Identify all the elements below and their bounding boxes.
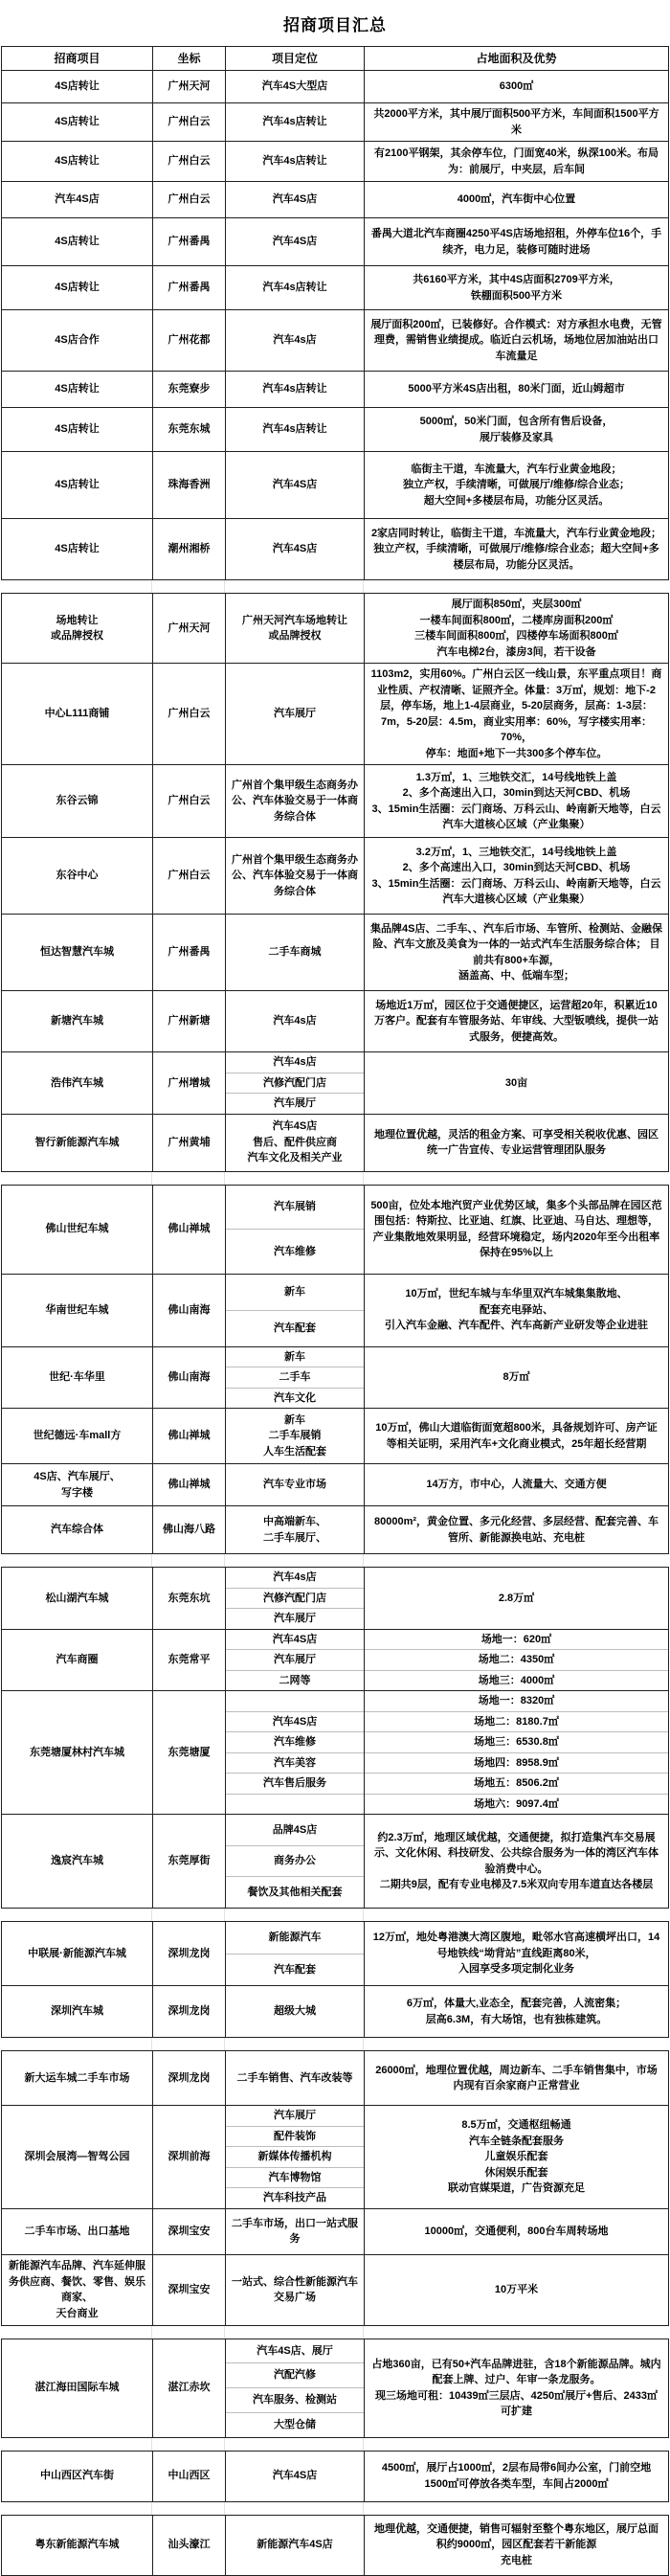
positioning-cell-subline: 汽车展厅 [226, 1609, 364, 1629]
gap-column [151, 2502, 224, 2515]
gap-column [363, 2326, 669, 2339]
table-row: 中心L111商铺广州白云汽车展厅1103m2，实用60%。广州白云区一线山景，东… [2, 663, 668, 764]
location-cell: 广州白云 [152, 142, 225, 181]
gap-column [151, 2038, 224, 2050]
advantage-cell: 30亩 [364, 1052, 668, 1114]
project-cell: 湛江海田国际车城 [2, 2339, 152, 2437]
project-cell: 浩伟汽车城 [2, 1052, 152, 1114]
location-cell: 佛山禅城 [152, 1186, 225, 1274]
positioning-cell: 汽车4s店汽修汽配门店汽车展厅 [225, 1052, 364, 1114]
project-cell: 深圳会展湾—智驾公园 [2, 2106, 152, 2208]
location-cell: 广州番禺 [152, 915, 225, 990]
positioning-cell: 汽车4S大型店 [225, 71, 364, 102]
gap-column [224, 2326, 363, 2339]
gap-column [224, 2502, 363, 2515]
gap-column [1, 1172, 151, 1185]
positioning-cell: 中高端新车、 二手车展厅、 [225, 1506, 364, 1553]
location-cell: 广州番禺 [152, 266, 225, 309]
project-cell: 华南世纪车城 [2, 1275, 152, 1346]
table-block: 湛江海田国际车城湛江赤坎汽车4S店、展厅汽配汽修汽车服务、检测站大型仓储占地36… [1, 2339, 669, 2438]
table-row: 深圳汽车城深圳龙岗超级大城6万㎡，体量大,业态全，配套完善，人流密集； 层高6.… [2, 1985, 668, 2037]
gap-column [1, 1909, 151, 1921]
location-cell: 广州白云 [152, 664, 225, 764]
advantage-cell-subline: 场地六：9097.4㎡ [365, 1795, 668, 1815]
location-cell: 佛山南海 [152, 1347, 225, 1409]
positioning-cell-subline: 汽车维修 [226, 1732, 364, 1753]
project-cell: 4S店转让 [2, 218, 152, 265]
project-cell: 新塘汽车城 [2, 991, 152, 1051]
positioning-cell-subline: 汽车服务、检测站 [226, 2388, 364, 2413]
table-row: 浩伟汽车城广州增城汽车4s店汽修汽配门店汽车展厅30亩 [2, 1051, 668, 1114]
project-cell: 中联展·新能源汽车城 [2, 1922, 152, 1985]
gap-column [363, 1909, 669, 1921]
table-row: 中联展·新能源汽车城深圳龙岗新能源汽车汽车配套12万㎡，地处粤港澳大湾区腹地，毗… [2, 1922, 668, 1985]
location-cell: 广州番禺 [152, 218, 225, 265]
project-cell: 松山湖汽车城 [2, 1568, 152, 1629]
location-cell: 东莞厚街 [152, 1815, 225, 1908]
gap-column [363, 1554, 669, 1567]
project-cell: 场地转让 或品牌授权 [2, 594, 152, 663]
block-gap [1, 1909, 669, 1921]
table-row: 新塘汽车城广州新塘汽车4s店场地近1万㎡，园区位于交通便捷区，运营超20年，积累… [2, 990, 668, 1051]
table-block: 中山西区汽车街中山西区汽车4S店4500㎡，展厅占1000㎡，2层布局带6间办公… [1, 2451, 669, 2502]
gap-column [1, 580, 151, 593]
project-cell: 汽车商圈 [2, 1630, 152, 1691]
positioning-cell-subline: 汽车博物馆 [226, 2168, 364, 2189]
table-row: 深圳会展湾—智驾公园深圳前海汽车展厅配件装饰新媒体传播机构汽车博物馆汽车科技产品… [2, 2105, 668, 2208]
positioning-cell-subline: 二手车 [226, 1367, 364, 1389]
table-row: 东莞塘厦林村汽车城东莞塘厦汽车4S店汽车维修汽车美容汽车售后服务场地一：8320… [2, 1690, 668, 1814]
location-cell: 广州天河 [152, 594, 225, 663]
advantage-cell: 10万平米 [364, 2255, 668, 2325]
table-row: 新能源汽车品牌、汽车延伸服务供应商、餐饮、零售、娱乐商家、 天台商业深圳宝安一站… [2, 2254, 668, 2325]
positioning-cell-subline: 新媒体传播机构 [226, 2147, 364, 2168]
table-row: 4S店转让东莞东城汽车4s店转让5000㎡，50米门面，包含所有售后设备， 展厅… [2, 407, 668, 451]
table-row: 粤东新能源汽车城汕头濠江新能源汽车4S店地理优越，交通便捷，销售可辐射至整个粤东… [2, 2516, 668, 2575]
advantage-cell: 8万㎡ [364, 1347, 668, 1409]
gap-column [1, 2038, 151, 2050]
header-advantage: 占地面积及优势 [364, 47, 668, 70]
project-cell: 世纪德远·车mall方 [2, 1409, 152, 1463]
advantage-cell: 展厅面积850㎡，夹层300㎡ 一楼车间面积800㎡，二楼库房面积200㎡ 三楼… [364, 594, 668, 663]
positioning-cell: 汽车展销汽车维修 [225, 1186, 364, 1274]
gap-column [224, 1554, 363, 1567]
location-cell: 广州黄埔 [152, 1115, 225, 1171]
advantage-cell: 1.3万㎡，1、三地铁交汇，14号线地铁上盖 2、多个高速出入口，30min到达… [364, 765, 668, 837]
table-row: 4S店转让东莞寮步汽车4s店转让5000平方米4S店出租，80米门面，近山姆超市 [2, 371, 668, 407]
positioning-cell: 一站式、综合性新能源汽车交易广场 [225, 2255, 364, 2325]
positioning-cell-subline [226, 1795, 364, 1815]
advantage-cell: 有2100平钢架，其余停车位，门面宽40米，纵深100米。布局为：前展厅，中夹层… [364, 142, 668, 181]
project-cell: 粤东新能源汽车城 [2, 2516, 152, 2575]
location-cell: 汕头濠江 [152, 2516, 225, 2575]
project-cell: 4S店合作 [2, 310, 152, 371]
location-cell: 深圳龙岗 [152, 2051, 225, 2105]
table-block: 新大运车城二手车市场深圳龙岗二手车销售、汽车改装等26000㎡，地理位置优越，周… [1, 2050, 669, 2326]
project-cell: 佛山世纪车城 [2, 1186, 152, 1274]
advantage-cell: 500亩，位处本地汽贸产业优势区域，集多个头部品牌在园区范围包括：特斯拉、比亚迪… [364, 1186, 668, 1274]
advantage-cell: 1103m2，实用60%。广州白云区一线山景，东平重点项目！商业性质、产权清晰、… [364, 664, 668, 764]
location-cell: 佛山禅城 [152, 1464, 225, 1505]
project-cell: 4S店转让 [2, 71, 152, 102]
advantage-cell: 26000㎡，地理位置优越，周边新车、二手车销售集中，市场内现有百余家商户正常营… [364, 2051, 668, 2105]
location-cell: 广州新塘 [152, 991, 225, 1051]
advantage-cell: 5000平方米4S店出租，80米门面，近山姆超市 [364, 372, 668, 407]
location-cell: 广州白云 [152, 765, 225, 837]
gap-column [1, 2438, 151, 2451]
positioning-cell: 汽车4S店 [225, 452, 364, 518]
gap-column [363, 2438, 669, 2451]
advantage-cell: 3.2万㎡，1、三地铁交汇，14号线地铁上盖 2、多个高速出入口，30min到达… [364, 838, 668, 914]
positioning-cell-subline: 汽车售后服务 [226, 1774, 364, 1795]
project-cell: 4S店转让 [2, 266, 152, 309]
table-row: 4S店转让广州白云汽车4s店转让有2100平钢架，其余停车位，门面宽40米，纵深… [2, 141, 668, 181]
location-cell: 东莞东城 [152, 408, 225, 451]
advantage-cell: 4000㎡，汽车街中心位置 [364, 182, 668, 217]
gap-column [363, 1172, 669, 1185]
location-cell: 深圳宝安 [152, 2209, 225, 2254]
table-row: 新大运车城二手车市场深圳龙岗二手车销售、汽车改装等26000㎡，地理位置优越，周… [2, 2051, 668, 2105]
location-cell: 广州白云 [152, 182, 225, 217]
positioning-cell: 汽车4S店汽车维修汽车美容汽车售后服务 [225, 1691, 364, 1814]
location-cell: 佛山禅城 [152, 1409, 225, 1463]
project-cell: 4S店转让 [2, 142, 152, 181]
advantage-cell: 共2000平方米，其中展厅面积500平方米，车间面积1500平方米 [364, 103, 668, 141]
positioning-cell-subline: 汽车4s店 [226, 1052, 364, 1073]
advantage-cell: 2.8万㎡ [364, 1568, 668, 1629]
gap-column [363, 2502, 669, 2515]
positioning-cell: 汽车展厅配件装饰新媒体传播机构汽车博物馆汽车科技产品 [225, 2106, 364, 2208]
positioning-cell: 汽车4s店转让 [225, 372, 364, 407]
positioning-cell-subline: 品牌4S店 [226, 1815, 364, 1846]
table-row: 汽车商圈东莞常平汽车4S店汽车展厅二网等场地一：620㎡场地二：4350㎡场地三… [2, 1629, 668, 1691]
location-cell: 东莞寮步 [152, 372, 225, 407]
positioning-cell: 广州首个集甲级生态商务办公、汽车体验交易于一体商务综合体 [225, 765, 364, 837]
table-row: 逸宸汽车城东莞厚街品牌4S店商务办公餐饮及其他相关配套约2.3万㎡，地理区域优越… [2, 1814, 668, 1908]
positioning-cell: 新车汽车配套 [225, 1275, 364, 1346]
positioning-cell: 广州首个集甲级生态商务办公、汽车体验交易于一体商务综合体 [225, 838, 364, 914]
advantage-cell: 6300㎡ [364, 71, 668, 102]
positioning-cell: 品牌4S店商务办公餐饮及其他相关配套 [225, 1815, 364, 1908]
location-cell: 东莞塘厦 [152, 1691, 225, 1814]
gap-column [151, 1909, 224, 1921]
table-row: 4S店转让广州番禺汽车4s店转让共6160平方米，其中4S店面积2709平方米，… [2, 265, 668, 309]
advantage-cell-subline: 场地二：8180.7㎡ [365, 1712, 668, 1733]
advantage-cell: 10万㎡，佛山大道临街面宽超800米，具备规划许可、房产证等相关证明，采用汽车+… [364, 1409, 668, 1463]
header-row: 招商项目坐标项目定位占地面积及优势 [2, 47, 668, 70]
positioning-cell: 汽车4s店转让 [225, 103, 364, 141]
location-cell: 佛山海八路 [152, 1506, 225, 1553]
location-cell: 佛山南海 [152, 1275, 225, 1346]
header-location: 坐标 [152, 47, 225, 70]
project-cell: 二手车市场、出口基地 [2, 2209, 152, 2254]
positioning-cell: 汽车专业市场 [225, 1464, 364, 1505]
project-cell: 恒达智慧汽车城 [2, 915, 152, 990]
positioning-cell: 汽车4S店汽车展厅二网等 [225, 1630, 364, 1691]
table-row: 世纪·车华里佛山南海新车二手车汽车文化8万㎡ [2, 1346, 668, 1409]
advantage-cell-subline: 场地三：4000㎡ [365, 1671, 668, 1691]
gap-column [224, 2038, 363, 2050]
table-row: 4S店合作广州花都汽车4s店展厅面积200㎡，已装修好。合作模式：对方承担水电费… [2, 309, 668, 371]
advantage-cell: 场地近1万㎡，园区位于交通便捷区，运营超20年，积累近10万客户。配套有车管服务… [364, 991, 668, 1051]
advantage-cell-subline: 场地二：4350㎡ [365, 1650, 668, 1671]
project-cell: 4S店转让 [2, 372, 152, 407]
positioning-cell-subline: 新车 [226, 1275, 364, 1311]
advantage-cell-subline: 场地四：8958.9㎡ [365, 1753, 668, 1774]
positioning-cell-subline: 汽车配套 [226, 1311, 364, 1346]
positioning-cell-subline: 新车 [226, 1347, 364, 1368]
positioning-cell: 新车二手车汽车文化 [225, 1347, 364, 1409]
project-table: 招商项目坐标项目定位占地面积及优势4S店转让广州天河汽车4S大型店6300㎡4S… [1, 46, 669, 2576]
positioning-cell-subline: 汽车配套 [226, 1955, 364, 1986]
gap-column [363, 2038, 669, 2050]
advantage-cell: 临街主干道，车流量大，汽车行业黄金地段； 独立产权，手续清晰，可做展厅/维修/综… [364, 452, 668, 518]
table-block: 佛山世纪车城佛山禅城汽车展销汽车维修500亩，位处本地汽贸产业优势区域，集多个头… [1, 1185, 669, 1555]
advantage-cell: 约2.3万㎡，地理区域优越，交通便捷，拟打造集汽车交易展示、文化休闲、科技研发、… [364, 1815, 668, 1908]
positioning-cell-subline: 汽配汽修 [226, 2363, 364, 2388]
gap-column [224, 2438, 363, 2451]
positioning-cell: 汽车4s店 [225, 991, 364, 1051]
project-cell: 中山西区汽车街 [2, 2452, 152, 2501]
table-row: 东谷云锦广州白云广州首个集甲级生态商务办公、汽车体验交易于一体商务综合体1.3万… [2, 764, 668, 837]
table-block: 松山湖汽车城东莞东坑汽车4s店汽修汽配门店汽车展厅2.8万㎡汽车商圈东莞常平汽车… [1, 1567, 669, 1909]
positioning-cell: 汽车4S店 [225, 2452, 364, 2501]
advantage-cell: 场地一：8320㎡场地二：8180.7㎡场地三：6530.8㎡场地四：8958.… [364, 1691, 668, 1814]
advantage-cell: 番禺大道北汽车商圈4250平4S店场地招租，外停车位16个，手续齐，电力足，装修… [364, 218, 668, 265]
advantage-cell: 6万㎡，体量大,业态全，配套完善，人流密集； 层高6.3M，有大场馆，也有独栋建… [364, 1986, 668, 2037]
location-cell: 珠海香洲 [152, 452, 225, 518]
table-row: 4S店转让珠海香洲汽车4S店临街主干道，车流量大，汽车行业黄金地段； 独立产权，… [2, 451, 668, 518]
positioning-cell-subline: 配件装饰 [226, 2127, 364, 2148]
positioning-cell-subline: 汽车展销 [226, 1186, 364, 1231]
project-cell: 汽车4S店 [2, 182, 152, 217]
positioning-cell: 二手车销售、汽车改装等 [225, 2051, 364, 2105]
gap-column [151, 1554, 224, 1567]
project-cell: 4S店、汽车展厅、 写字楼 [2, 1464, 152, 1505]
gap-column [224, 580, 363, 593]
page-title: 招商项目汇总 [1, 0, 669, 46]
gap-column [224, 1909, 363, 1921]
project-cell: 东莞塘厦林村汽车城 [2, 1691, 152, 1814]
header-positioning: 项目定位 [225, 47, 364, 70]
location-cell: 中山西区 [152, 2452, 225, 2501]
location-cell: 东莞东坑 [152, 1568, 225, 1629]
location-cell: 广州天河 [152, 71, 225, 102]
project-cell: 智行新能源汽车城 [2, 1115, 152, 1171]
positioning-cell-subline: 商务办公 [226, 1846, 364, 1878]
block-gap [1, 580, 669, 593]
advantage-cell: 集品牌4S店、二手车、、汽车后市场、车管所、检测站、金融保险、汽车文旅及美食为一… [364, 915, 668, 990]
gap-column [224, 1172, 363, 1185]
positioning-cell: 汽车展厅 [225, 664, 364, 764]
positioning-cell-subline: 汽车4S店、展厅 [226, 2339, 364, 2364]
table-block: 招商项目坐标项目定位占地面积及优势4S店转让广州天河汽车4S大型店6300㎡4S… [1, 46, 669, 580]
advantage-cell: 5000㎡，50米门面，包含所有售后设备， 展厅装修及家具 [364, 408, 668, 451]
positioning-cell: 汽车4s店汽修汽配门店汽车展厅 [225, 1568, 364, 1629]
advantage-cell: 10000㎡，交通便利，800台车周转场地 [364, 2209, 668, 2254]
project-cell: 4S店转让 [2, 103, 152, 141]
positioning-cell: 汽车4S店、展厅汽配汽修汽车服务、检测站大型仓储 [225, 2339, 364, 2437]
table-row: 湛江海田国际车城湛江赤坎汽车4S店、展厅汽配汽修汽车服务、检测站大型仓储占地36… [2, 2339, 668, 2437]
advantage-cell: 占地360亩，已有50+汽车品牌进驻，含18个新能源品牌。城内配套上牌、过户、年… [364, 2339, 668, 2437]
positioning-cell-subline [226, 1691, 364, 1712]
location-cell: 深圳龙岗 [152, 1922, 225, 1985]
advantage-cell: 80000m²，黄金位置、多元化经营、多层经营、配套完善、车管所、新能源换电站、… [364, 1506, 668, 1553]
table-row: 智行新能源汽车城广州黄埔汽车4S店 售后、配件供应商 汽车文化及相关产业地理位置… [2, 1114, 668, 1171]
positioning-cell-subline: 餐饮及其他相关配套 [226, 1877, 364, 1908]
gap-column [1, 2502, 151, 2515]
positioning-cell: 超级大城 [225, 1986, 364, 2037]
advantage-cell-subline: 场地五：8506.2㎡ [365, 1774, 668, 1795]
project-cell: 汽车综合体 [2, 1506, 152, 1553]
advantage-cell: 14万方，市中心，人流量大、交通方便 [364, 1464, 668, 1505]
gap-column [1, 1554, 151, 1567]
table-row: 华南世纪车城佛山南海新车汽车配套10万㎡，世纪车城与车华里双汽车城集集散地、 配… [2, 1274, 668, 1346]
project-cell: 新能源汽车品牌、汽车延伸服务供应商、餐饮、零售、娱乐商家、 天台商业 [2, 2255, 152, 2325]
project-cell: 新大运车城二手车市场 [2, 2051, 152, 2105]
positioning-cell: 汽车4s店转让 [225, 142, 364, 181]
project-cell: 东谷中心 [2, 838, 152, 914]
header-project: 招商项目 [2, 47, 152, 70]
advantage-cell-subline: 场地一：8320㎡ [365, 1691, 668, 1712]
location-cell: 湛江赤坎 [152, 2339, 225, 2437]
advantage-cell: 10万㎡，世纪车城与车华里双汽车城集集散地、 配套充电驿站、 引入汽车金融、汽车… [364, 1275, 668, 1346]
project-cell: 东谷云锦 [2, 765, 152, 837]
table-block: 场地转让 或品牌授权广州天河广州天河汽车场地转让 或品牌授权展厅面积850㎡，夹… [1, 593, 669, 1172]
advantage-cell: 8.5万㎡，交通枢纽畅通 汽车全链条配套服务 儿童娱乐配套 休闲娱乐配套 联动官… [364, 2106, 668, 2208]
positioning-cell: 汽车4S店 售后、配件供应商 汽车文化及相关产业 [225, 1115, 364, 1171]
table-row: 世纪德远·车mall方佛山禅城新车 二手车展销 人车生活配套10万㎡，佛山大道临… [2, 1408, 668, 1463]
table-row: 二手车市场、出口基地深圳宝安二手车市场，出口一站式服务10000㎡，交通便利，8… [2, 2208, 668, 2254]
positioning-cell-subline: 二网等 [226, 1671, 364, 1691]
gap-column [151, 2438, 224, 2451]
project-cell: 4S店转让 [2, 452, 152, 518]
block-gap [1, 2326, 669, 2339]
table-row: 中山西区汽车街中山西区汽车4S店4500㎡，展厅占1000㎡，2层布局带6间办公… [2, 2452, 668, 2501]
table-block: 中联展·新能源汽车城深圳龙岗新能源汽车汽车配套12万㎡，地处粤港澳大湾区腹地，毗… [1, 1921, 669, 2038]
project-cell: 世纪·车华里 [2, 1347, 152, 1409]
positioning-cell: 广州天河汽车场地转让 或品牌授权 [225, 594, 364, 663]
table-row: 汽车综合体佛山海八路中高端新车、 二手车展厅、80000m²，黄金位置、多元化经… [2, 1505, 668, 1553]
positioning-cell: 汽车4S店 [225, 519, 364, 579]
table-row: 场地转让 或品牌授权广州天河广州天河汽车场地转让 或品牌授权展厅面积850㎡，夹… [2, 594, 668, 663]
location-cell: 广州增城 [152, 1052, 225, 1114]
block-gap [1, 1172, 669, 1185]
positioning-cell: 汽车4s店转让 [225, 408, 364, 451]
positioning-cell-subline: 汽修汽配门店 [226, 1073, 364, 1095]
table-row: 4S店转让广州番禺汽车4S店番禺大道北汽车商圈4250平4S店场地招租，外停车位… [2, 217, 668, 265]
advantage-cell-subline: 场地一：620㎡ [365, 1630, 668, 1651]
positioning-cell-subline: 汽修汽配门店 [226, 1589, 364, 1610]
table-row: 4S店转让广州天河汽车4S大型店6300㎡ [2, 70, 668, 102]
location-cell: 广州白云 [152, 103, 225, 141]
positioning-cell-subline: 大型仓储 [226, 2413, 364, 2437]
gap-column [151, 1172, 224, 1185]
positioning-cell: 新能源汽车4S店 [225, 2516, 364, 2575]
positioning-cell-subline: 汽车维修 [226, 1230, 364, 1274]
block-gap [1, 2438, 669, 2451]
location-cell: 深圳宝安 [152, 2255, 225, 2325]
table-row: 恒达智慧汽车城广州番禺二手车商城集品牌4S店、二手车、、汽车后市场、车管所、检测… [2, 914, 668, 990]
table-row: 松山湖汽车城东莞东坑汽车4s店汽修汽配门店汽车展厅2.8万㎡ [2, 1568, 668, 1629]
positioning-cell: 汽车4s店转让 [225, 266, 364, 309]
location-cell: 广州花都 [152, 310, 225, 371]
project-cell: 4S店转让 [2, 408, 152, 451]
positioning-cell: 汽车4S店 [225, 182, 364, 217]
block-gap [1, 1554, 669, 1567]
positioning-cell-subline: 汽车4S店 [226, 1630, 364, 1651]
project-cell: 4S店转让 [2, 519, 152, 579]
gap-column [151, 2326, 224, 2339]
advantage-cell-subline: 场地三：6530.8㎡ [365, 1732, 668, 1753]
table-row: 4S店转让潮州湘桥汽车4S店2家店同时转让，临街主干道，车流量大，汽车行业黄金地… [2, 518, 668, 579]
positioning-cell: 新车 二手车展销 人车生活配套 [225, 1409, 364, 1463]
location-cell: 广州白云 [152, 838, 225, 914]
positioning-cell-subline: 汽车美容 [226, 1753, 364, 1774]
advantage-cell: 4500㎡，展厅占1000㎡，2层布局带6间办公室，门前空地1500㎡可停放各类… [364, 2452, 668, 2501]
advantage-cell: 地理位置优越，灵活的租金方案、可享受相关税收优惠、园区统一广告宣传、专业运营管理… [364, 1115, 668, 1171]
advantage-cell: 共6160平方米，其中4S店面积2709平方米， 铁棚面积500平方米 [364, 266, 668, 309]
block-gap [1, 2502, 669, 2515]
location-cell: 深圳前海 [152, 2106, 225, 2208]
project-cell: 深圳汽车城 [2, 1986, 152, 2037]
advantage-cell: 2家店同时转让，临街主干道，车流量大，汽车行业黄金地段； 独立产权，手续清晰，可… [364, 519, 668, 579]
summary-document: 招商项目汇总 招商项目坐标项目定位占地面积及优势4S店转让广州天河汽车4S大型店… [0, 0, 670, 2576]
advantage-cell: 地理优越，交通便捷，销售可辐射至整个粤东地区，展厅总面积约9000㎡，园区配套若… [364, 2516, 668, 2575]
block-gap [1, 2038, 669, 2050]
gap-column [363, 580, 669, 593]
positioning-cell: 汽车4s店 [225, 310, 364, 371]
positioning-cell: 新能源汽车汽车配套 [225, 1922, 364, 1985]
positioning-cell-subline: 汽车展厅 [226, 1650, 364, 1671]
positioning-cell: 二手车市场，出口一站式服务 [225, 2209, 364, 2254]
project-cell: 中心L111商铺 [2, 664, 152, 764]
table-row: 汽车4S店广州白云汽车4S店4000㎡，汽车街中心位置 [2, 181, 668, 217]
positioning-cell-subline: 汽车4s店 [226, 1568, 364, 1589]
gap-column [151, 580, 224, 593]
table-row: 4S店转让广州白云汽车4s店转让共2000平方米，其中展厅面积500平方米，车间… [2, 102, 668, 141]
positioning-cell-subline: 新能源汽车 [226, 1922, 364, 1955]
table-row: 东谷中心广州白云广州首个集甲级生态商务办公、汽车体验交易于一体商务综合体3.2万… [2, 837, 668, 914]
advantage-cell: 场地一：620㎡场地二：4350㎡场地三：4000㎡ [364, 1630, 668, 1691]
advantage-cell: 展厅面积200㎡，已装修好。合作模式：对方承担水电费，无管理费，需销售业绩提成。… [364, 310, 668, 371]
table-block: 粤东新能源汽车城汕头濠江新能源汽车4S店地理优越，交通便捷，销售可辐射至整个粤东… [1, 2515, 669, 2576]
positioning-cell-subline: 汽车4S店 [226, 1712, 364, 1733]
table-row: 佛山世纪车城佛山禅城汽车展销汽车维修500亩，位处本地汽贸产业优势区域，集多个头… [2, 1186, 668, 1274]
positioning-cell: 二手车商城 [225, 915, 364, 990]
location-cell: 潮州湘桥 [152, 519, 225, 579]
advantage-cell: 12万㎡，地处粤港澳大湾区腹地，毗邻水官高速横坪出口，14号地铁线“坳背站”直线… [364, 1922, 668, 1985]
positioning-cell-subline: 汽车文化 [226, 1389, 364, 1409]
location-cell: 东莞常平 [152, 1630, 225, 1691]
positioning-cell: 汽车4S店 [225, 218, 364, 265]
table-row: 4S店、汽车展厅、 写字楼佛山禅城汽车专业市场14万方，市中心，人流量大、交通方… [2, 1463, 668, 1505]
positioning-cell-subline: 汽车展厅 [226, 1094, 364, 1114]
location-cell: 深圳龙岗 [152, 1986, 225, 2037]
project-cell: 逸宸汽车城 [2, 1815, 152, 1908]
gap-column [1, 2326, 151, 2339]
positioning-cell-subline: 汽车展厅 [226, 2106, 364, 2127]
positioning-cell-subline: 汽车科技产品 [226, 2188, 364, 2208]
